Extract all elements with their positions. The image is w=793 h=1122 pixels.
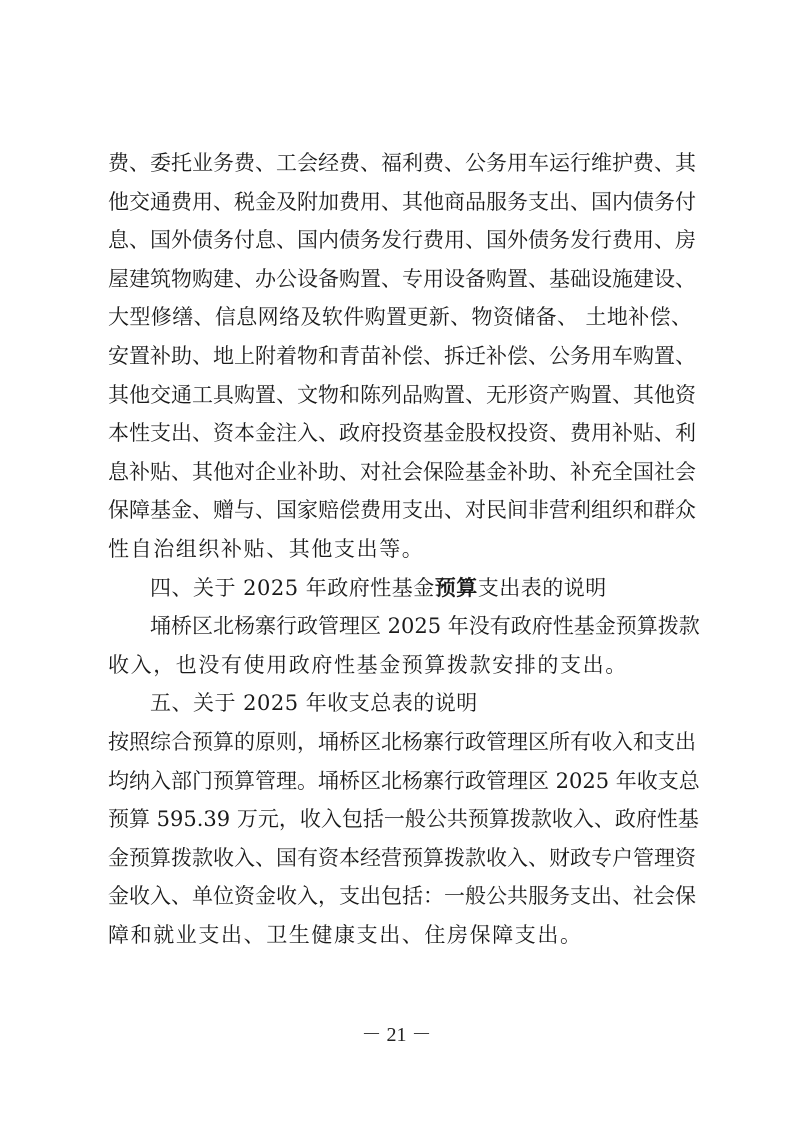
page-number: － 21 － [0, 1018, 793, 1047]
text-line: 他交通费用、税金及附加费用、其他商品服务支出、国内债务付 [108, 183, 692, 222]
heading-bold: 预算 [435, 575, 478, 600]
text-line: 埇桥区北杨寨行政管理区 2025 年没有政府性基金预算拨款 [108, 607, 692, 646]
heading-suffix: 支出表的说明 [478, 576, 607, 600]
text-line: 金预算拨款收入、国有资本经营预算拨款收入、财政专户管理资 [108, 839, 692, 878]
text-line: 息、国外债务付息、国内债务发行费用、国外债务发行费用、房 [108, 221, 692, 260]
text-line: 金收入、单位资金收入，支出包括：一般公共服务支出、社会保 [108, 877, 692, 916]
section-5-paragraph: 按照综合预算的原则，埇桥区北杨寨行政管理区所有收入和支出 均纳入部门预算管理。埇… [108, 723, 692, 955]
text-line: 费、委托业务费、工会经费、福利费、公务用车运行维护费、其 [108, 144, 692, 183]
section-4-paragraph: 埇桥区北杨寨行政管理区 2025 年没有政府性基金预算拨款 收入，也没有使用政府… [108, 607, 692, 684]
text-line: 障和就业支出、卫生健康支出、住房保障支出。 [108, 916, 692, 955]
text-line: 息补贴、其他对企业补助、对社会保险基金补助、补充全国社会 [108, 453, 692, 492]
text-line: 本性支出、资本金注入、政府投资基金股权投资、费用补贴、利 [108, 414, 692, 453]
text-line: 按照综合预算的原则，埇桥区北杨寨行政管理区所有收入和支出 [108, 723, 692, 762]
text-line: 性自治组织补贴、其他支出等。 [108, 530, 692, 569]
text-line: 其他交通工具购置、文物和陈列品购置、无形资产购置、其他资 [108, 376, 692, 415]
text-line: 均纳入部门预算管理。埇桥区北杨寨行政管理区 2025 年收支总 [108, 762, 692, 801]
text-line: 安置补助、地上附着物和青苗补偿、拆迁补偿、公务用车购置、 [108, 337, 692, 376]
text-line: 保障基金、赠与、国家赔偿费用支出、对民间非营利组织和群众 [108, 491, 692, 530]
text-line: 大型修缮、信息网络及软件购置更新、物资储备、 土地补偿、 [108, 298, 692, 337]
text-line: 预算 595.39 万元，收入包括一般公共预算拨款收入、政府性基 [108, 800, 692, 839]
expense-items-paragraph: 费、委托业务费、工会经费、福利费、公务用车运行维护费、其 他交通费用、税金及附加… [108, 144, 692, 569]
section-4-heading: 四、关于 2025 年政府性基金预算支出表的说明 [108, 569, 692, 608]
text-line: 收入，也没有使用政府性基金预算拨款安排的支出。 [108, 646, 692, 685]
text-line: 屋建筑物购建、办公设备购置、专用设备购置、基础设施建设、 [108, 260, 692, 299]
heading-prefix: 四、关于 2025 年政府性基金 [150, 576, 435, 600]
document-body: 费、委托业务费、工会经费、福利费、公务用车运行维护费、其 他交通费用、税金及附加… [108, 144, 692, 954]
section-5-heading: 五、关于 2025 年收支总表的说明 [108, 684, 692, 723]
